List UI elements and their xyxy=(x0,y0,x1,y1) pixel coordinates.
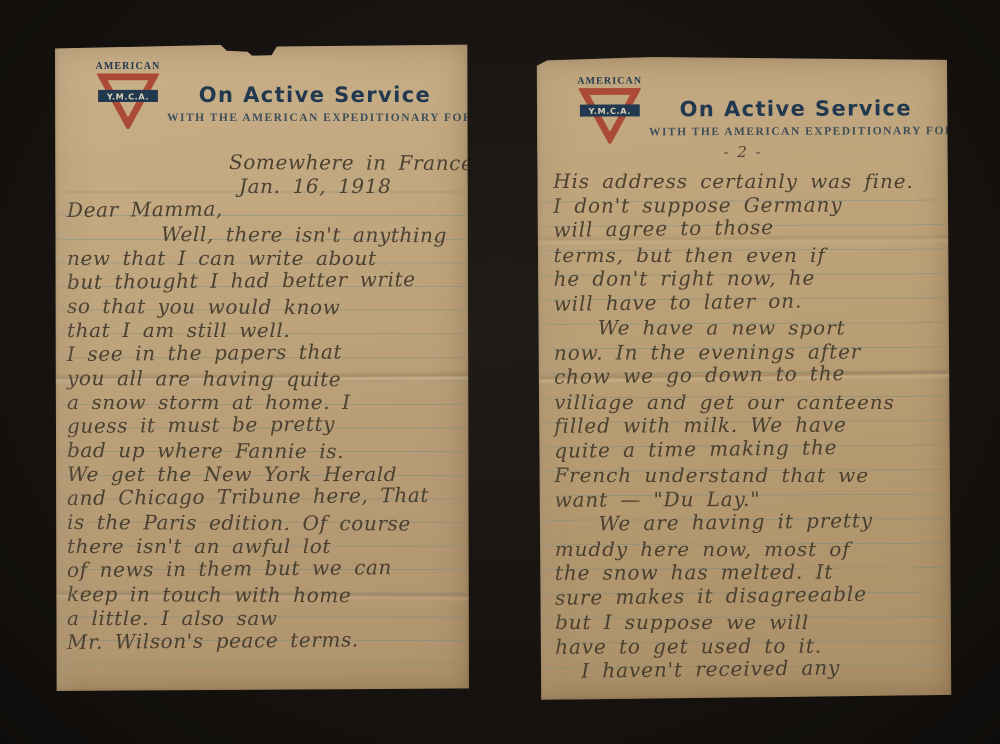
ymca-logo: AMERICAN Y.M.C.A. xyxy=(93,61,163,129)
handwritten-line: muddy here now, most of xyxy=(555,536,947,561)
handwritten-line: and Chicago Tribune here, That xyxy=(67,483,465,510)
handwritten-line: His address certainly was fine. xyxy=(553,169,945,194)
letterhead-title: On Active Service xyxy=(167,83,463,107)
handwritten-line: Mr. Wilson's peace terms. xyxy=(67,627,465,654)
letterhead-subtitle: WITH THE AMERICAN EXPEDITIONARY FORCE xyxy=(167,112,463,124)
letter-page-1: AMERICAN Y.M.C.A. On Active Service WITH… xyxy=(55,42,469,691)
handwritten-line: bad up where Fannie is. xyxy=(67,438,465,464)
handwritten-line: We have a new sport xyxy=(598,316,946,341)
handwritten-line: quite a time making the xyxy=(554,433,946,463)
handwritten-line: Dear Mamma, xyxy=(67,195,465,222)
ymca-badge-text: Y.M.C.A. xyxy=(588,106,631,116)
handwritten-line: Well, there isn't anything xyxy=(161,222,465,247)
letterhead-title: On Active Service xyxy=(649,96,943,121)
handwritten-line: terms, but then even if xyxy=(553,242,945,266)
letter-page-2: AMERICAN Y.M.C.A. On Active Service WITH… xyxy=(537,55,952,700)
letterhead: AMERICAN Y.M.C.A. On Active Service WITH… xyxy=(55,42,469,162)
handwritten-line: but I suppose we will xyxy=(555,610,947,635)
handwritten-line: chow we go down to the xyxy=(554,360,946,390)
handwritten-line: but thought I had better write xyxy=(67,267,465,294)
handwritten-line: will have to later on. xyxy=(554,286,946,316)
ymca-badge-text: Y.M.C.A. xyxy=(106,91,149,101)
page-number: - 2 - xyxy=(537,142,949,162)
ymca-triangle-icon: Y.M.C.A. xyxy=(97,73,159,129)
handwritten-line: keep in touch with home xyxy=(67,582,465,608)
photo-background: AMERICAN Y.M.C.A. On Active Service WITH… xyxy=(0,0,1000,744)
handwritten-line: villiage and get our canteens xyxy=(554,389,946,413)
american-label: AMERICAN xyxy=(575,75,645,86)
ymca-triangle-icon: Y.M.C.A. xyxy=(579,87,641,143)
handwritten-line: will agree to those xyxy=(553,213,945,243)
handwritten-line: I see in the papers that xyxy=(67,339,465,366)
letterhead-text: On Active Service WITH THE AMERICAN EXPE… xyxy=(167,83,463,124)
handwritten-line: is the Paris edition. Of course xyxy=(67,510,465,536)
handwritten-body-page-2: His address certainly was fine. I don't … xyxy=(553,167,947,683)
handwritten-line: guess it must be pretty xyxy=(67,411,465,438)
handwritten-line: French understand that we xyxy=(554,463,946,487)
handwritten-body-page-1: Somewhere in France Jan. 16, 1918 Dear M… xyxy=(67,150,465,654)
handwritten-line: sure makes it disagreeable xyxy=(555,580,947,610)
letterhead-subtitle: WITH THE AMERICAN EXPEDITIONARY FORCE xyxy=(649,125,943,138)
ymca-logo: AMERICAN Y.M.C.A. xyxy=(575,75,645,143)
handwritten-line: We are having it pretty xyxy=(598,507,946,536)
handwritten-line: so that you would know xyxy=(67,294,465,320)
handwritten-line: you all are having quite xyxy=(67,366,465,392)
american-label: AMERICAN xyxy=(93,61,163,72)
handwritten-line: of news in them but we can xyxy=(67,555,465,582)
handwritten-line: I haven't received any xyxy=(581,654,947,683)
letterhead-text: On Active Service WITH THE AMERICAN EXPE… xyxy=(649,96,943,138)
handwritten-line: Somewhere in France xyxy=(229,150,465,175)
